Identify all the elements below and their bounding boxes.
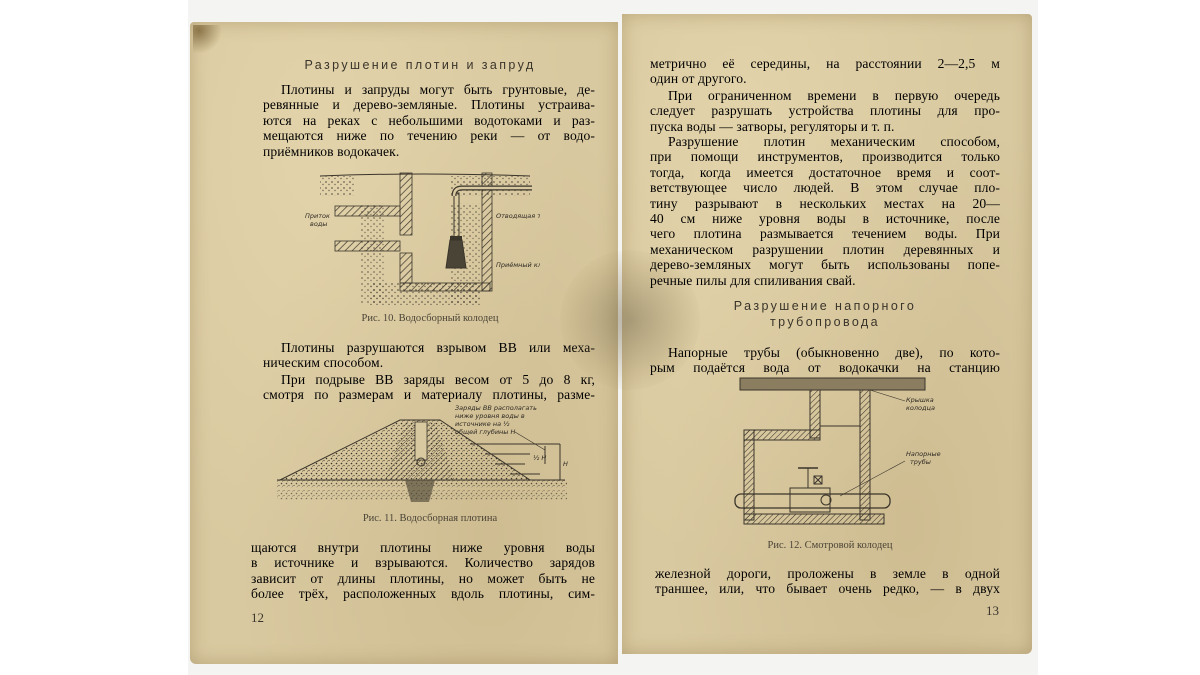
text-line: ническим способом.: [263, 355, 595, 370]
text-line: Напорные трубы (обыкновенно две), по кот…: [650, 345, 1000, 360]
heading-line: Разрушение напорного: [650, 298, 1000, 314]
text-line: при помощи инструментов, производится то…: [650, 149, 1000, 164]
text-line: метрично её середины, на расстоянии 2—2,…: [650, 56, 1000, 71]
figure-11-caption: Рис. 11. Водосборная плотина: [260, 513, 600, 524]
text-line: щаются внутри плотины ниже уровня воды: [251, 540, 595, 555]
figure-10-caption: Рис. 10. Водосборный колодец: [260, 313, 600, 324]
right-para-4: Напорные трубы (обыкновенно две), по кот…: [650, 345, 1000, 376]
right-para-3: Разрушение плотин механическим способом,…: [650, 134, 1000, 288]
text-line: ветствующее число людей. В этом случае п…: [650, 180, 1000, 195]
text-line: траншее, или, что бывает очень редко, — …: [655, 581, 1000, 596]
right-para-2: При ограниченном времени в первую очеред…: [650, 88, 1000, 134]
text-line: дерево-земляных могут быть использованы …: [650, 257, 1000, 272]
figure-12-inspection-well: Крышка колодца Напорные трубы: [730, 376, 960, 526]
text-line: следует разрушать устройства плотины для…: [650, 103, 1000, 118]
text-line: мещаются ниже по течению реки — от водо-: [263, 128, 595, 143]
svg-text:колодца: колодца: [906, 404, 935, 412]
svg-text:Заряды ВВ располагать: Заряды ВВ располагать: [455, 404, 537, 412]
svg-text:Отводящая труба: Отводящая труба: [496, 212, 540, 220]
text-line: один от другого.: [650, 71, 1000, 86]
svg-text:Напорные: Напорные: [906, 450, 941, 458]
svg-text:воды: воды: [310, 220, 327, 228]
text-line: Разрушение плотин механическим способом,: [650, 134, 1000, 149]
text-line: механическом разрушении плотин деревянны…: [650, 242, 1000, 257]
svg-text:½ Н: ½ Н: [533, 454, 546, 462]
text-line: смотря по размерам и материалу плотины, …: [263, 387, 595, 402]
right-page-number: 13: [986, 603, 999, 619]
svg-text:общей глубины Н: общей глубины Н: [455, 428, 515, 436]
svg-text:трубы: трубы: [910, 458, 931, 466]
left-para-1: Плотины и запруды могут быть грунтовые, …: [263, 82, 595, 159]
text-line: ревянные и дерево-земляные. Плотины устр…: [263, 97, 595, 112]
right-para-5: железной дороги, проложены в земле в одн…: [655, 566, 1000, 597]
svg-text:Н: Н: [563, 460, 568, 468]
text-line: тогда, когда имеется достаточное время и…: [650, 165, 1000, 180]
text-line: При ограниченном времени в первую очеред…: [650, 88, 1000, 103]
right-para-1: метрично её середины, на расстоянии 2—2,…: [650, 56, 1000, 87]
text-line: пуска воды — затворы, регуляторы и т. п.: [650, 119, 1000, 134]
right-page-heading: Разрушение напорного трубопровода: [650, 298, 1000, 330]
text-line: рым подаётся вода от водокачки на станци…: [650, 360, 1000, 375]
figure-10-collecting-well: Приток воды Отводящая труба Приёмный кла…: [300, 168, 540, 308]
text-line: чего плотина размывается течением воды. …: [650, 226, 1000, 241]
text-line: речные пилы для спиливания свай.: [650, 273, 1000, 288]
svg-text:Приток: Приток: [305, 212, 330, 220]
left-para-3: При подрыве ВВ заряды весом от 5 до 8 кг…: [263, 372, 595, 403]
text-line: приёмников водокачек.: [263, 144, 595, 159]
figure-12-caption: Рис. 12. Смотровой колодец: [680, 540, 980, 551]
text-line: в источнике и взрываются. Количество зар…: [251, 555, 595, 570]
corner-stain: [193, 25, 223, 53]
text-line: более трёх, расположенных вдоль плотины,…: [251, 586, 595, 601]
text-line: тину разрывают в нескольких местах на 20…: [650, 196, 1000, 211]
svg-text:Приёмный клапан: Приёмный клапан: [496, 261, 540, 269]
svg-text:Крышка: Крышка: [906, 396, 934, 404]
heading-line: трубопровода: [650, 314, 1000, 330]
figure-11-dam: Заряды ВВ располагать ниже уровня воды в…: [275, 402, 575, 512]
svg-text:источнике на ½: источнике на ½: [455, 420, 510, 428]
text-line: 40 см ниже уровня воды в источнике, посл…: [650, 211, 1000, 226]
left-page-number: 12: [251, 610, 264, 626]
left-page-heading: Разрушение плотин и запруд: [240, 58, 600, 72]
text-line: железной дороги, проложены в земле в одн…: [655, 566, 1000, 581]
text-line: ются на реках с небольшими водотоками и …: [263, 113, 595, 128]
left-para-2: Плотины разрушаются взрывом ВВ или меха-…: [263, 340, 595, 371]
text-line: зависит от длины плотины, но может быть …: [251, 571, 595, 586]
text-line: Плотины разрушаются взрывом ВВ или меха-: [263, 340, 595, 355]
text-line: При подрыве ВВ заряды весом от 5 до 8 кг…: [263, 372, 595, 387]
text-line: Плотины и запруды могут быть грунтовые, …: [263, 82, 595, 97]
svg-text:ниже уровня воды в: ниже уровня воды в: [455, 412, 525, 420]
left-para-4: щаются внутри плотины ниже уровня воды в…: [251, 540, 595, 602]
